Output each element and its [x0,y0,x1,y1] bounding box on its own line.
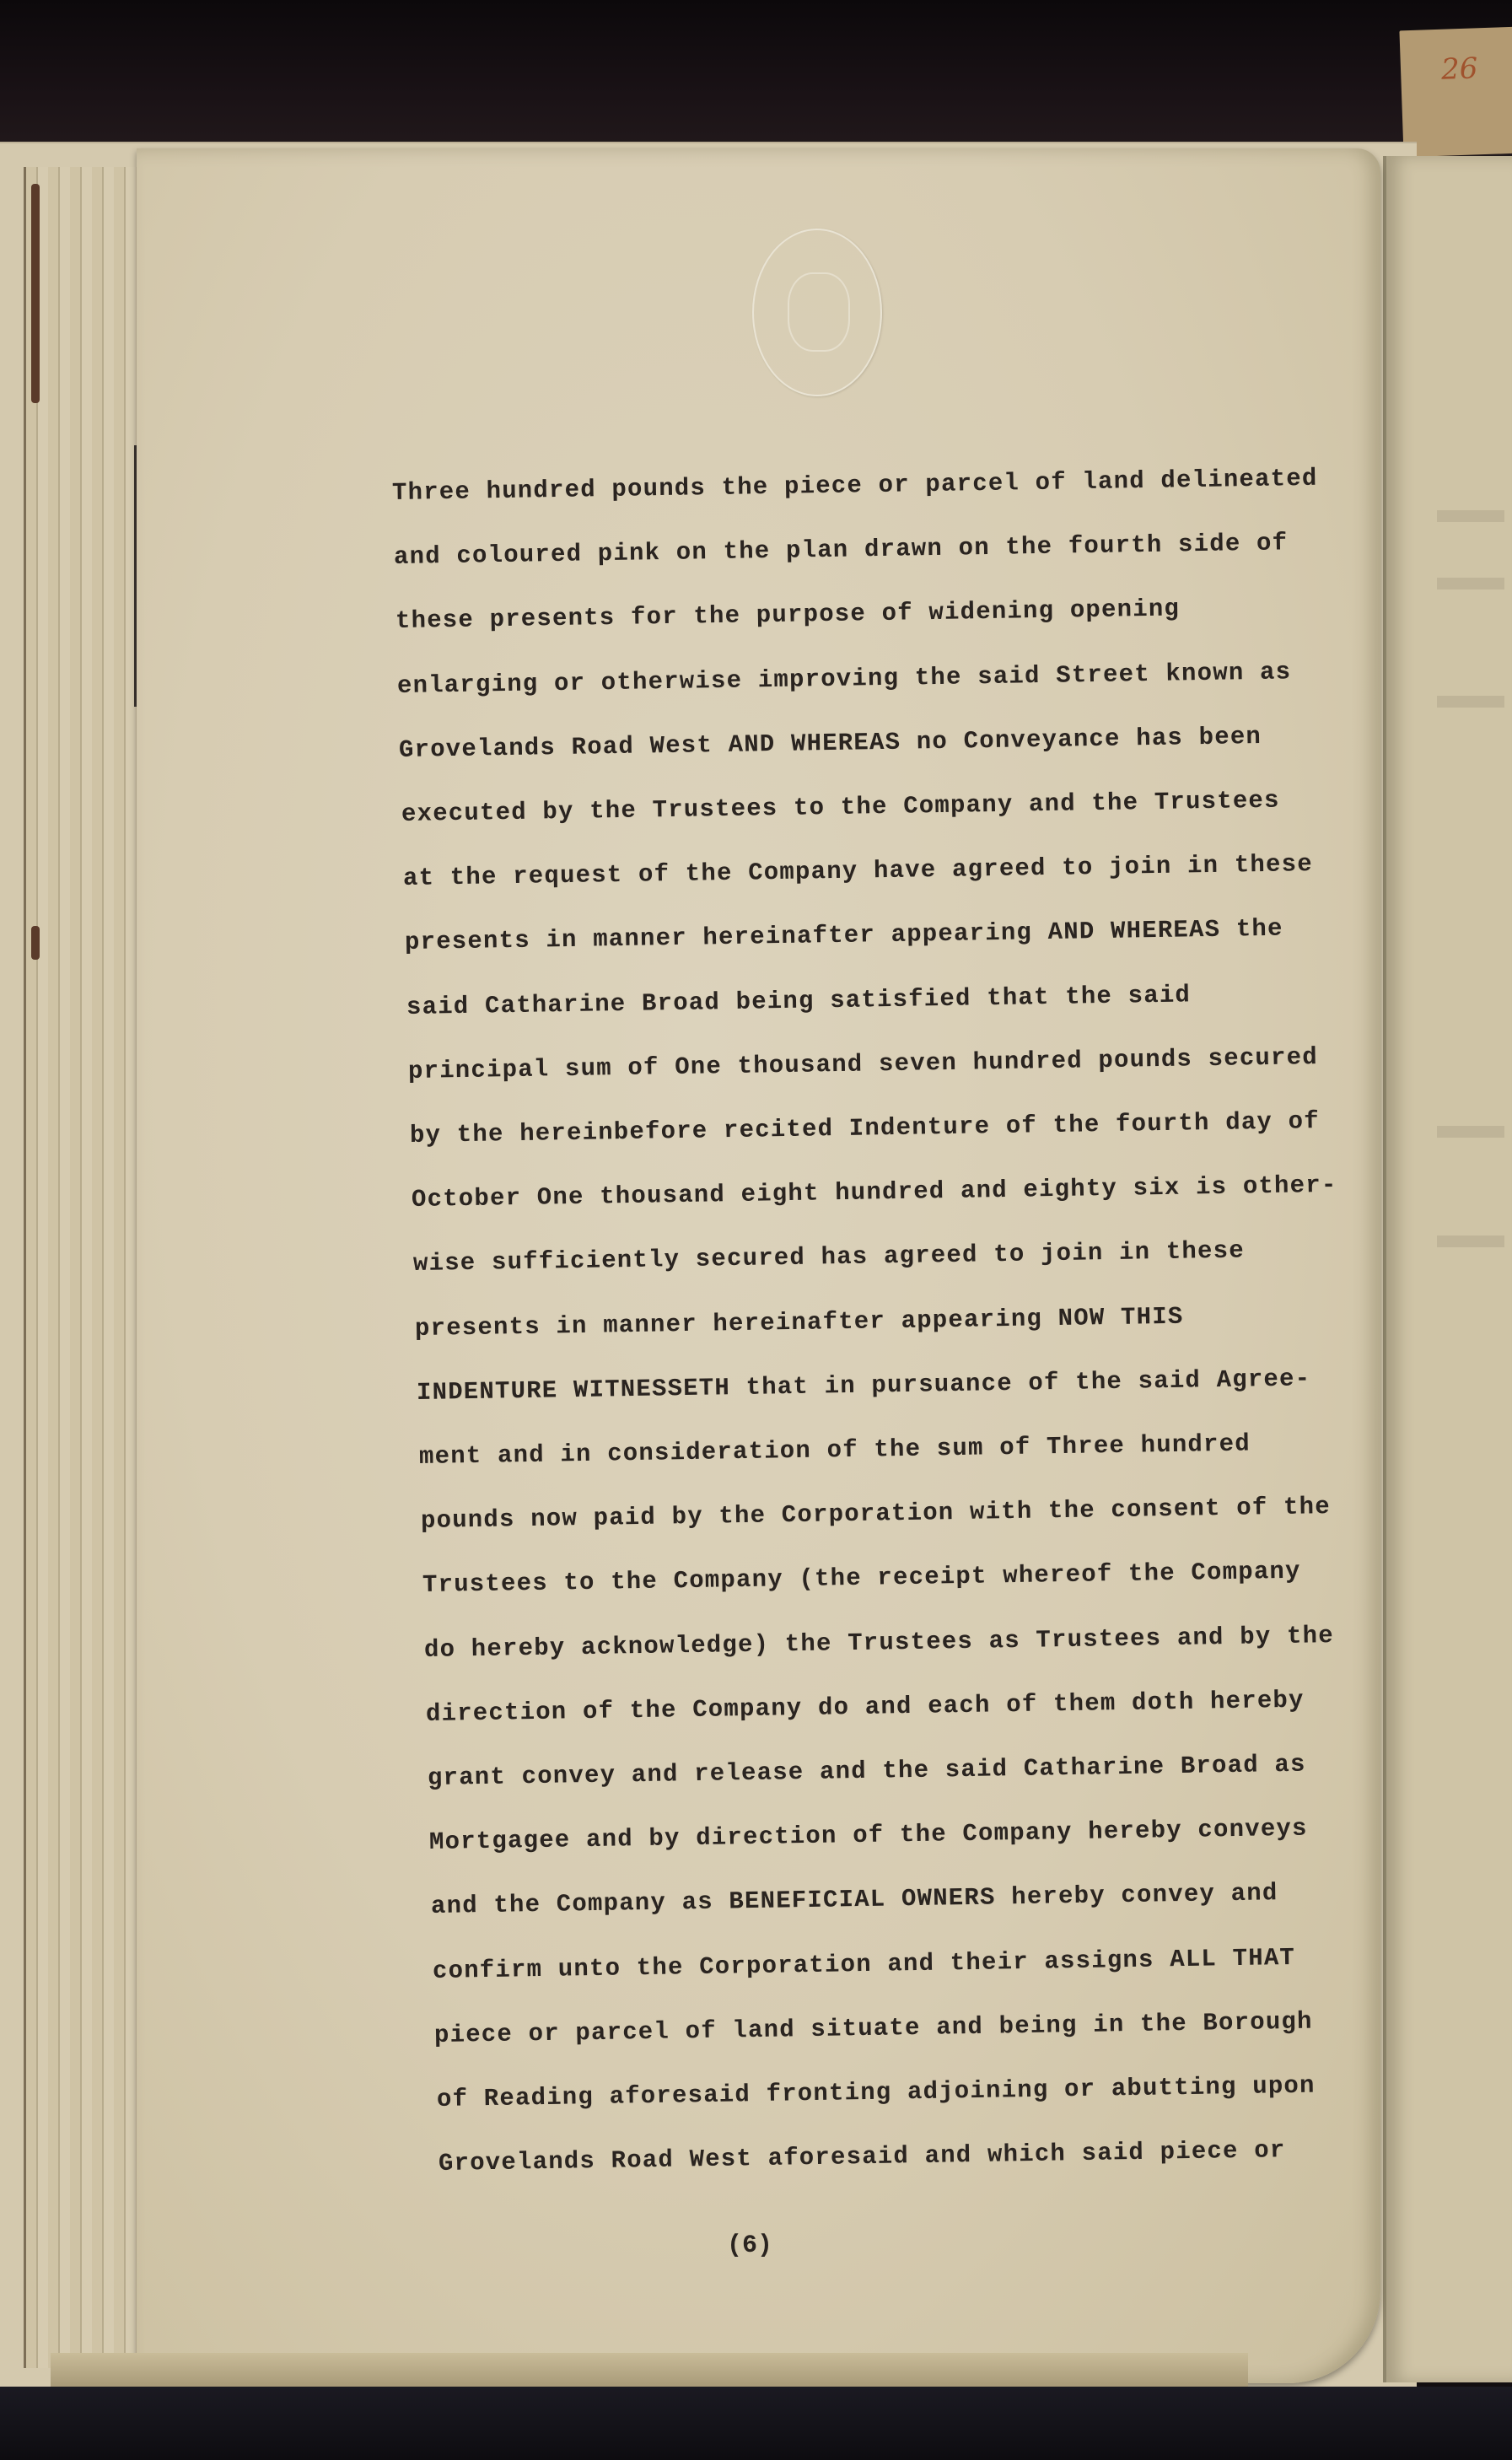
text-line: executed by the Trustees to the Company … [401,787,1279,828]
facing-page-edge [1383,156,1512,2382]
text-line: ment and in consideration of the sum of … [418,1430,1250,1471]
text-line: and coloured pink on the plan drawn on t… [394,530,1289,572]
document-page: Three hundred pounds the piece or parcel… [137,148,1380,2383]
text-line: at the request of the Company have agree… [402,850,1312,892]
text-line: Mortgagee and by direction of the Compan… [429,1815,1308,1856]
text-line: Grovelands Road West AND WHEREAS no Conv… [399,723,1262,764]
torn-edge [31,184,40,403]
embossed-seal-icon [752,229,882,396]
text-line: INDENTURE WITNESSETH that in pursuance o… [417,1365,1311,1407]
text-line: grant convey and release and the said Ca… [428,1751,1306,1792]
text-line: of Reading aforesaid fronting adjoining … [436,2072,1315,2113]
text-line: by the hereinbefore recited Indenture of… [410,1107,1320,1149]
text-line: confirm unto the Corporation and their a… [433,1944,1296,1985]
bleed-through-mark [1437,696,1504,708]
text-line: do hereby acknowledge) the Trustees as T… [424,1622,1334,1664]
corner-tab: 26 [1399,27,1512,158]
page-number: (6) [727,2231,772,2260]
text-line: said Catharine Broad being satisfied tha… [406,981,1192,1021]
text-line: enlarging or otherwise improving the sai… [397,658,1292,700]
text-line: these presents for the purpose of wideni… [395,595,1181,636]
bleed-through-mark [1437,1235,1504,1247]
binding-cloth-top [0,0,1512,160]
text-line: Trustees to the Company (the receipt whe… [422,1558,1300,1599]
text-line: Grovelands Road West aforesaid and which… [438,2136,1285,2177]
text-line: presents in manner hereinafter appearing… [404,915,1283,956]
corner-tab-note: 26 [1440,51,1478,86]
text-line: pounds now paid by the Corporation with … [420,1493,1330,1535]
bleed-through-mark [1437,510,1504,522]
text-line: piece or parcel of land situate and bein… [434,2007,1313,2048]
text-line: principal sum of One thousand seven hund… [408,1043,1318,1085]
binding-cloth-bottom [0,2387,1512,2460]
text-line: Three hundred pounds the piece or parcel… [392,465,1318,507]
text-line: and the Company as BENEFICIAL OWNERS her… [431,1880,1278,1921]
text-line: presents in manner hereinafter appearing… [415,1302,1184,1342]
text-line: direction of the Company do and each of … [426,1686,1305,1727]
page-stack-edges [24,167,144,2368]
text-line: October One thousand eight hundred and e… [412,1171,1337,1214]
torn-edge [31,926,40,960]
bleed-through-mark [1437,578,1504,589]
bleed-through-mark [1437,1126,1504,1138]
text-line: wise sufficiently secured has agreed to … [413,1237,1245,1278]
